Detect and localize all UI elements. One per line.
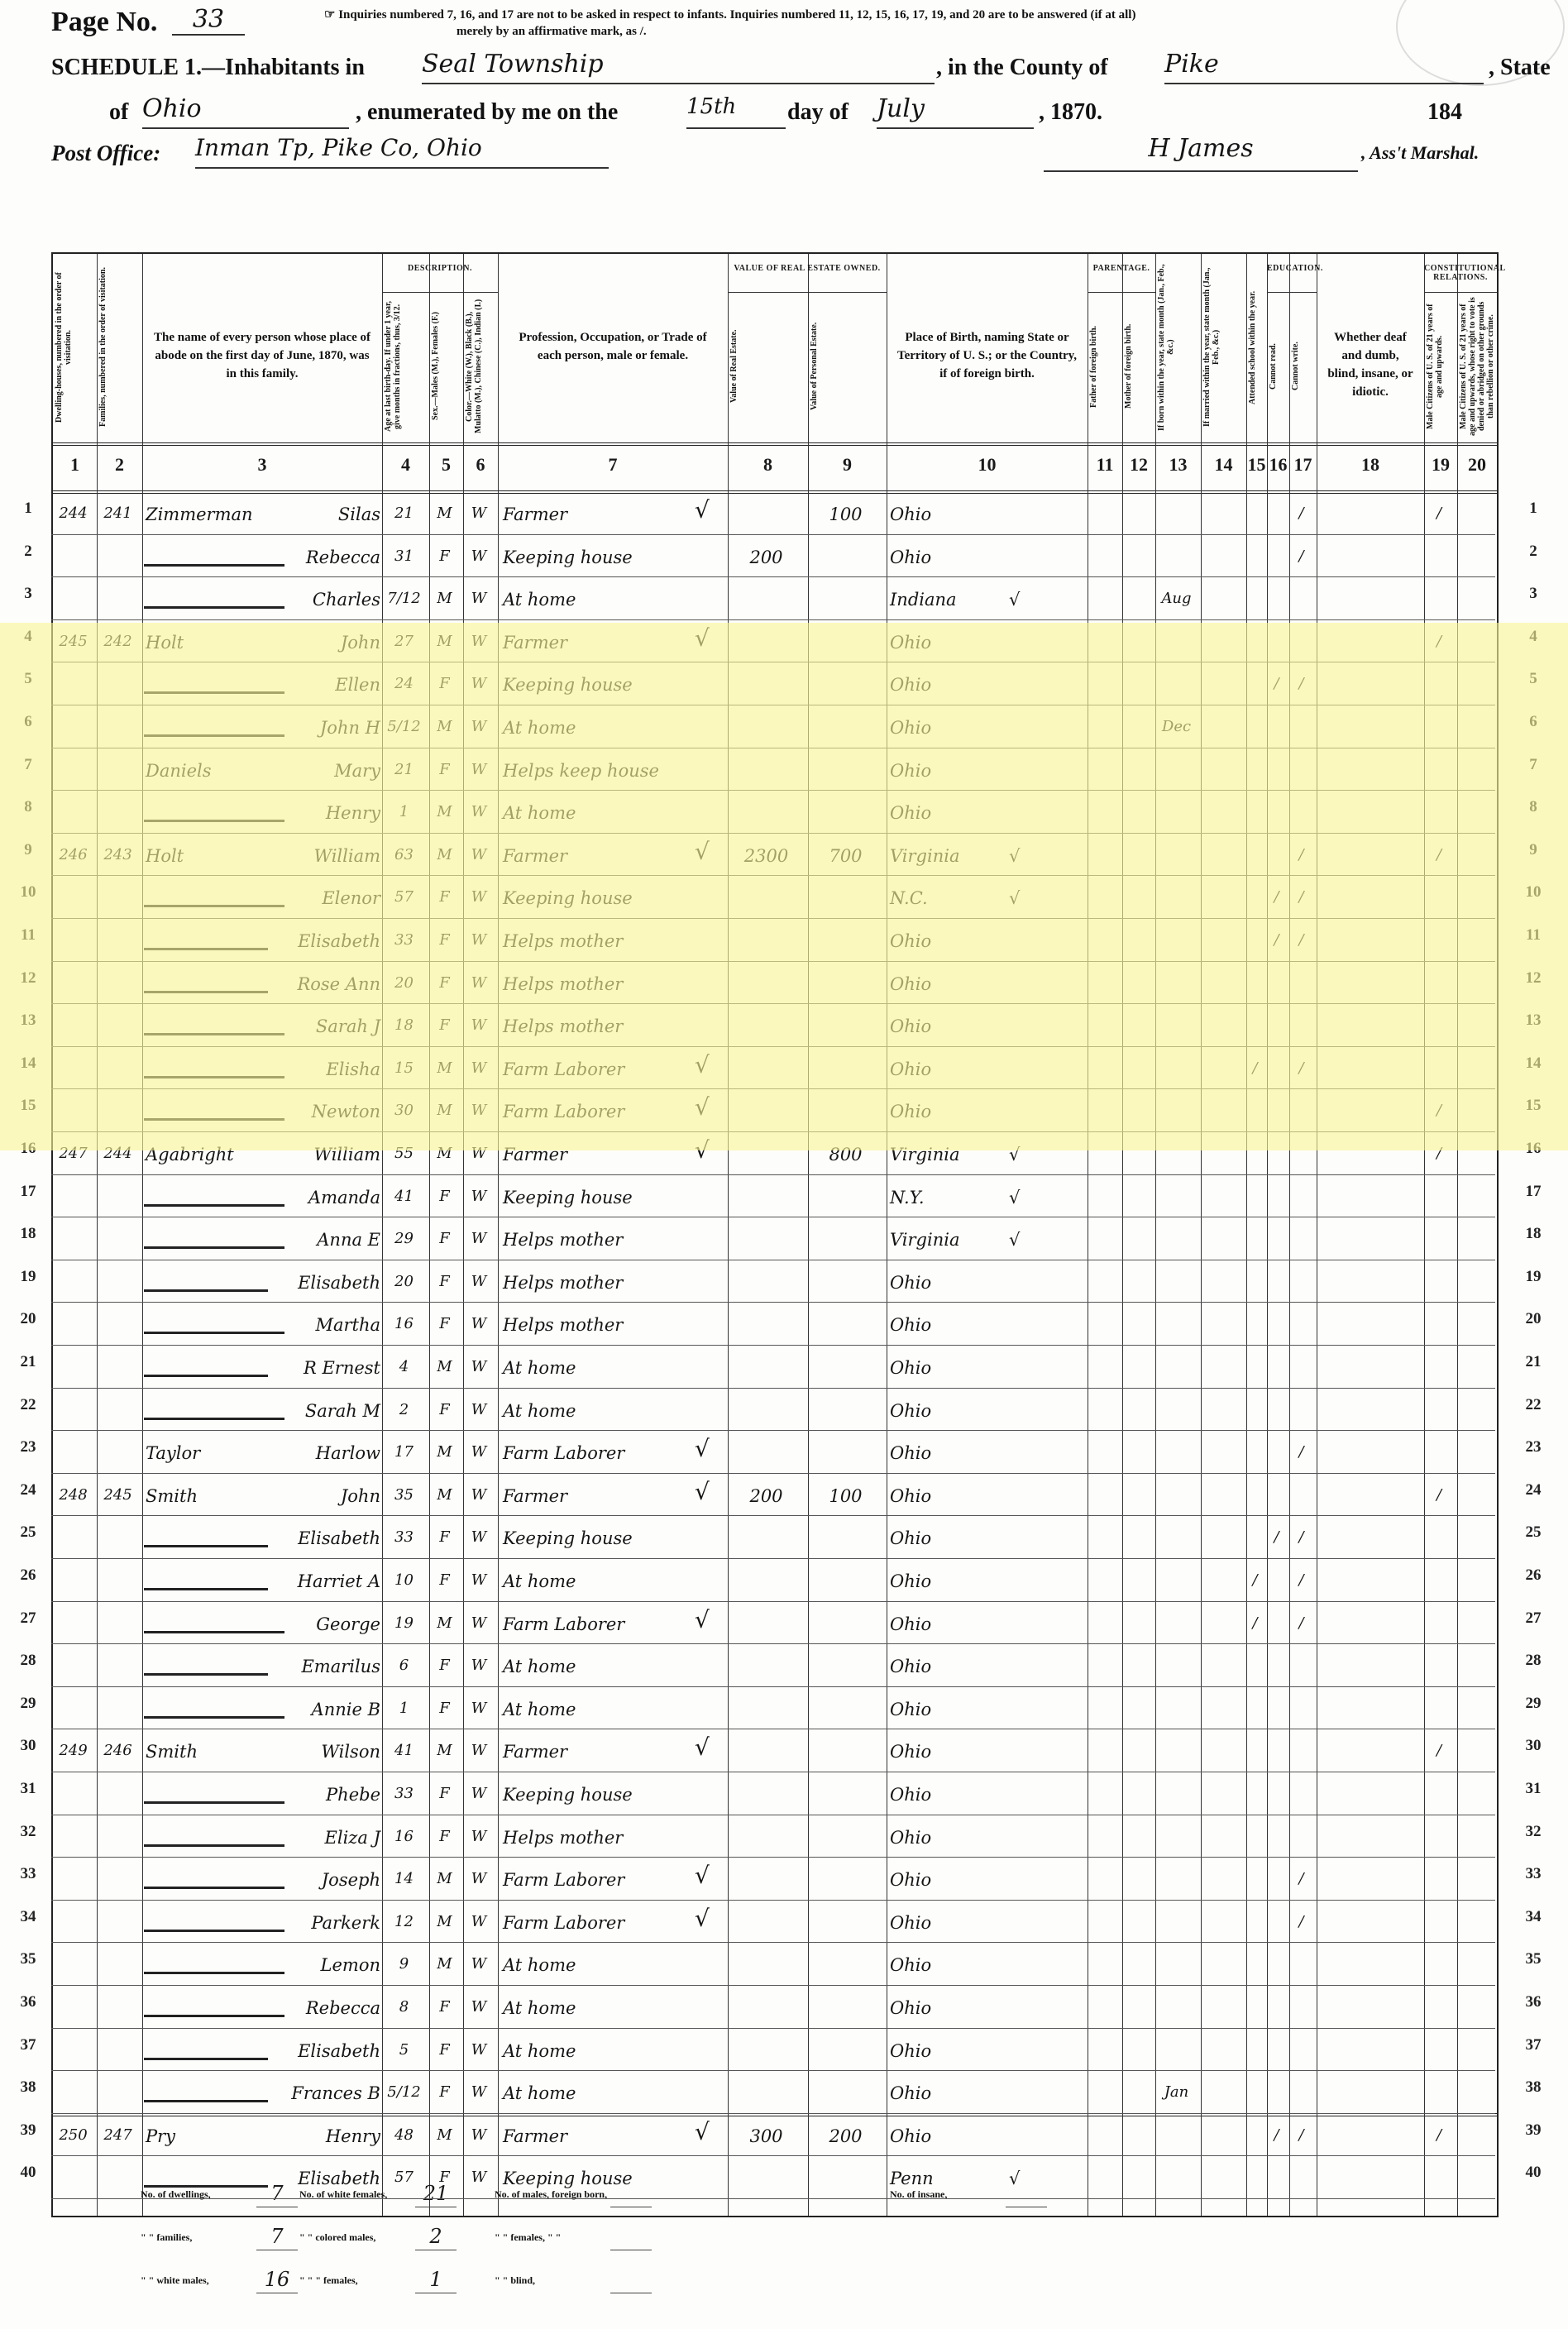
dwelling-number: 246 (53, 846, 93, 871)
birth-month (1155, 1188, 1198, 1212)
row-rule (51, 1217, 1495, 1217)
summary-value-families: 7 (256, 2225, 298, 2250)
dwelling-number (53, 1443, 93, 1468)
line-number-left: 25 (12, 1523, 45, 1542)
cannot-read-mark: / (1267, 2126, 1286, 2151)
line-number-left: 5 (12, 670, 45, 688)
personal-estate-value (808, 1785, 883, 1810)
citizen-mark (1424, 1870, 1454, 1895)
row-rule (51, 875, 1495, 876)
personal-estate-value (808, 1913, 883, 1938)
marriage-month (1201, 2083, 1243, 2108)
cannot-write-mark (1289, 1742, 1313, 1767)
occupation-checkmark (695, 1265, 719, 1289)
personal-estate-value (808, 633, 883, 658)
cannot-write-mark: / (1289, 1913, 1313, 1938)
birthplace: Ohio (890, 1828, 1014, 1853)
cannot-write-mark (1289, 1315, 1313, 1340)
group-header-constitutional: Constitutional Relations. (1424, 264, 1497, 282)
column-number-12: 12 (1122, 454, 1155, 476)
occupation-checkmark: √ (695, 838, 719, 863)
family-number (97, 1059, 139, 1084)
citizen-mark: / (1424, 846, 1454, 871)
cannot-read-mark (1267, 1657, 1286, 1681)
denied-vote-mark (1457, 974, 1494, 999)
row-rule (51, 1729, 1495, 1729)
cannot-write-mark (1289, 1401, 1313, 1426)
sex: M (429, 633, 460, 658)
row-rule (51, 1900, 1495, 1901)
color: W (463, 1230, 495, 1255)
marriage-month (1201, 1315, 1243, 1340)
citizen-mark (1424, 675, 1454, 700)
row-rule (51, 1174, 1495, 1175)
cannot-write-mark (1289, 803, 1313, 828)
marriage-month (1201, 1742, 1243, 1767)
line-number-left: 2 (12, 543, 45, 561)
birthplace: Ohio (890, 1059, 1014, 1084)
personal-estate-value (808, 1742, 883, 1767)
cannot-write-mark (1289, 718, 1313, 743)
citizen-mark (1424, 888, 1454, 913)
sex: F (429, 548, 460, 572)
dwelling-number (53, 1913, 93, 1938)
month-field: July (877, 94, 1034, 129)
birthplace-checkmark (1009, 1870, 1034, 1895)
birthplace: Ohio (890, 1016, 1014, 1041)
real-estate-value (728, 633, 805, 658)
age: 15 (382, 1059, 426, 1084)
given-name: Rebecca (265, 1998, 380, 2023)
birthplace: Ohio (890, 1273, 1014, 1298)
cannot-write-mark: / (1289, 1870, 1313, 1895)
given-name: John H (265, 718, 380, 743)
sex: M (429, 1059, 460, 1084)
line-number-left: 20 (12, 1310, 45, 1328)
column-header-9: Value of Personal Estate. (810, 297, 885, 436)
sex: F (429, 1998, 460, 2023)
citizen-mark (1424, 1273, 1454, 1298)
row-rule (51, 576, 1495, 577)
age: 57 (382, 2169, 426, 2193)
cannot-write-mark (1289, 1016, 1313, 1041)
line-number-right: 21 (1517, 1353, 1550, 1371)
cannot-write-mark: / (1289, 2126, 1313, 2151)
occupation-checkmark (695, 1777, 719, 1801)
occupation-checkmark (695, 753, 719, 777)
dwelling-number: 247 (53, 1145, 93, 1169)
birthplace-checkmark (1009, 1742, 1034, 1767)
occupation: Farmer (503, 1145, 693, 1169)
cannot-write-mark: / (1289, 1614, 1313, 1639)
attended-school-mark (1246, 2169, 1264, 2193)
line-number-left: 17 (12, 1183, 45, 1201)
given-name: R Ernest (265, 1358, 380, 1383)
personal-estate-value (808, 1102, 883, 1126)
birthplace: Ohio (890, 1528, 1014, 1553)
marriage-month (1201, 1614, 1243, 1639)
color: W (463, 548, 495, 572)
dwelling-number (53, 1571, 93, 1596)
birthplace: Ohio (890, 1443, 1014, 1468)
personal-estate-value (808, 1401, 883, 1426)
occupation: Farm Laborer (503, 1870, 693, 1895)
birthplace-checkmark: √ (1009, 590, 1034, 615)
real-estate-value (728, 1016, 805, 1041)
row-rule (51, 705, 1495, 705)
birth-month (1155, 1913, 1198, 1938)
cannot-write-mark: / (1289, 1571, 1313, 1596)
given-name: Ellen (265, 675, 380, 700)
column-header-18: Whether deaf and dumb, blind, insane, or… (1327, 328, 1414, 401)
color: W (463, 675, 495, 700)
real-estate-value (728, 1102, 805, 1126)
birthplace: Indiana (890, 590, 1014, 615)
occupation: Farm Laborer (503, 1443, 693, 1468)
cannot-write-mark (1289, 2041, 1313, 2066)
marriage-month (1201, 761, 1243, 786)
table-row: 151530MW/NewtonFarm Laborer√Ohio (0, 1090, 1568, 1133)
color: W (463, 633, 495, 658)
citizen-mark (1424, 761, 1454, 786)
denied-vote-mark (1457, 1742, 1494, 1767)
cannot-read-mark: / (1267, 1528, 1286, 1553)
color: W (463, 1273, 495, 1298)
dwelling-number (53, 1528, 93, 1553)
given-name: John (265, 1486, 380, 1511)
marriage-month (1201, 1870, 1243, 1895)
line-number-right: 27 (1517, 1609, 1550, 1628)
color: W (463, 2083, 495, 2108)
birthplace-checkmark (1009, 1315, 1034, 1340)
dwelling-number: 245 (53, 633, 93, 658)
given-name: Lemon (265, 1955, 380, 1980)
line-number-left: 11 (12, 926, 45, 945)
dwelling-number (53, 1273, 93, 1298)
personal-estate-value (808, 718, 883, 743)
age: 21 (382, 505, 426, 529)
color: W (463, 1913, 495, 1938)
real-estate-value (728, 888, 805, 913)
table-row: 191920FWElisabethHelps motherOhio (0, 1261, 1568, 1304)
family-number (97, 974, 139, 999)
color: W (463, 1571, 495, 1596)
row-rule (51, 1686, 1495, 1687)
family-number: 242 (97, 633, 139, 658)
sex: M (429, 846, 460, 871)
personal-estate-value (808, 1571, 883, 1596)
sex: M (429, 803, 460, 828)
attended-school-mark (1246, 974, 1264, 999)
real-estate-value (728, 1188, 805, 1212)
birthplace: N.C. (890, 888, 1014, 913)
birth-month (1155, 2126, 1198, 2151)
birthplace: Virginia (890, 846, 1014, 871)
color: W (463, 1443, 495, 1468)
birthplace-checkmark (1009, 974, 1034, 999)
birth-month: Aug (1155, 590, 1198, 615)
real-estate-value (728, 1358, 805, 1383)
birth-month (1155, 675, 1198, 700)
dwelling-number (53, 1358, 93, 1383)
occupation: At home (503, 2083, 693, 2108)
of-label: of (109, 99, 128, 126)
occupation: Keeping house (503, 1188, 693, 1212)
age: 14 (382, 1870, 426, 1895)
denied-vote-mark (1457, 1059, 1494, 1084)
row-rule (51, 961, 1495, 962)
birthplace-checkmark (1009, 931, 1034, 956)
cannot-write-mark (1289, 2083, 1313, 2108)
dwelling-number (53, 2083, 93, 2108)
denied-vote-mark (1457, 931, 1494, 956)
denied-vote-mark (1457, 1870, 1494, 1895)
occupation: Helps mother (503, 1016, 693, 1041)
birthplace-checkmark: √ (1009, 2169, 1034, 2193)
sex: F (429, 1571, 460, 1596)
marriage-month (1201, 1657, 1243, 1681)
denied-vote-mark (1457, 1443, 1494, 1468)
dwelling-number (53, 1657, 93, 1681)
cannot-read-mark (1267, 1913, 1286, 1938)
color: W (463, 1657, 495, 1681)
occupation: Keeping house (503, 1528, 693, 1553)
real-estate-value (728, 2083, 805, 2108)
column-number-3: 3 (142, 454, 382, 476)
attended-school-mark (1246, 1828, 1264, 1853)
sex: F (429, 888, 460, 913)
denied-vote-mark (1457, 633, 1494, 658)
column-number-16: 16 (1267, 454, 1289, 476)
occupation-checkmark (695, 1947, 719, 1972)
given-name: Frances B (265, 2083, 380, 2108)
table-row: 28286FWEmarilusAt homeOhio (0, 1645, 1568, 1688)
column-header-1: Dwelling-houses, numbered in the order o… (55, 259, 95, 436)
birth-month (1155, 1657, 1198, 1681)
dwelling-number (53, 675, 93, 700)
personal-estate-value: 200 (808, 2126, 883, 2151)
line-number-right: 14 (1517, 1055, 1550, 1073)
given-name: Rose Ann (265, 974, 380, 999)
birthplace: Ohio (890, 548, 1014, 572)
attended-school-mark (1246, 718, 1264, 743)
family-number: 246 (97, 1742, 139, 1767)
column-number-6: 6 (463, 454, 498, 476)
family-number: 241 (97, 505, 139, 529)
occupation: At home (503, 1998, 693, 2023)
occupation-checkmark: √ (695, 1435, 719, 1460)
birthplace: Ohio (890, 931, 1014, 956)
cannot-read-mark (1267, 1273, 1286, 1298)
cannot-write-mark: / (1289, 931, 1313, 956)
sex: M (429, 1742, 460, 1767)
ditto-surname-mark (144, 820, 284, 822)
occupation: Farm Laborer (503, 1913, 693, 1938)
line-number-right: 16 (1517, 1140, 1550, 1158)
denied-vote-mark (1457, 590, 1494, 615)
cannot-read-mark (1267, 590, 1286, 615)
line-number-right: 31 (1517, 1780, 1550, 1798)
line-number-right: 10 (1517, 883, 1550, 901)
column-number-20: 20 (1457, 454, 1497, 476)
birthplace-checkmark (1009, 1102, 1034, 1126)
age: 29 (382, 1230, 426, 1255)
marriage-month (1201, 1358, 1243, 1383)
citizen-mark (1424, 2169, 1454, 2193)
birthplace-checkmark (1009, 505, 1034, 529)
birth-month (1155, 1102, 1198, 1126)
occupation-checkmark (695, 1691, 719, 1716)
birthplace: Ohio (890, 633, 1014, 658)
marriage-month (1201, 1785, 1243, 1810)
occupation-checkmark (695, 581, 719, 606)
given-name: Sarah J (265, 1016, 380, 1041)
row-rule (51, 1558, 1495, 1559)
occupation-checkmark (695, 1563, 719, 1588)
birthplace-checkmark (1009, 761, 1034, 786)
occupation-checkmark: √ (695, 1905, 719, 1930)
family-number (97, 1785, 139, 1810)
family-number (97, 1614, 139, 1639)
sex: F (429, 1528, 460, 1553)
citizen-mark (1424, 974, 1454, 999)
cannot-read-mark (1267, 1955, 1286, 1980)
sex: M (429, 1486, 460, 1511)
surname: Agabright (146, 1145, 261, 1169)
personal-estate-value (808, 1443, 883, 1468)
sex: M (429, 1145, 460, 1169)
line-number-right: 39 (1517, 2121, 1550, 2140)
cannot-write-mark (1289, 1700, 1313, 1724)
color: W (463, 1016, 495, 1041)
color: W (463, 1828, 495, 1853)
dwelling-number (53, 1102, 93, 1126)
denied-vote-mark (1457, 675, 1494, 700)
age: 33 (382, 1785, 426, 1810)
cannot-read-mark (1267, 1016, 1286, 1041)
attended-school-mark (1246, 633, 1264, 658)
occupation: Keeping house (503, 2169, 693, 2193)
birth-month (1155, 1486, 1198, 1511)
real-estate-value (728, 931, 805, 956)
table-row: 343412MW/ParkerkFarm Laborer√Ohio (0, 1901, 1568, 1944)
denied-vote-mark (1457, 1145, 1494, 1169)
birthplace-checkmark (1009, 1571, 1034, 1596)
schedule-label: SCHEDULE 1.—Inhabitants in (51, 55, 365, 81)
birth-month (1155, 974, 1198, 999)
line-number-right: 2 (1517, 543, 1550, 561)
line-number-right: 7 (1517, 756, 1550, 774)
age: 35 (382, 1486, 426, 1511)
family-number (97, 1401, 139, 1426)
row-rule (51, 2028, 1495, 2029)
line-number-left: 36 (12, 1993, 45, 2011)
line-number-left: 32 (12, 1823, 45, 1841)
ditto-surname-mark (144, 1033, 284, 1035)
marriage-month (1201, 590, 1243, 615)
column-header-13: If born within the year, state month (Ja… (1157, 259, 1199, 436)
table-row: 393925024748MW300200///PryHenryFarmer√Oh… (0, 2115, 1568, 2158)
line-number-left: 26 (12, 1566, 45, 1585)
ditto-surname-mark (144, 1930, 284, 1932)
given-name: Elisabeth (265, 1273, 380, 1298)
citizen-mark (1424, 1657, 1454, 1681)
birthplace-checkmark (1009, 1401, 1034, 1426)
row-rule (51, 1260, 1495, 1260)
occupation-checkmark (695, 795, 719, 820)
occupation-checkmark: √ (695, 1606, 719, 1631)
column-number-9: 9 (808, 454, 887, 476)
birth-month (1155, 1016, 1198, 1041)
row-rule (51, 1088, 1495, 1089)
given-name: Anna E (265, 1230, 380, 1255)
birth-month (1155, 803, 1198, 828)
birthplace: Ohio (890, 2041, 1014, 2066)
column-number-10: 10 (887, 454, 1088, 476)
attended-school-mark (1246, 1230, 1264, 1255)
birthplace-checkmark (1009, 1998, 1034, 2023)
birthplace-checkmark (1009, 2083, 1034, 2108)
real-estate-value (728, 1571, 805, 1596)
cannot-write-mark: / (1289, 1528, 1313, 1553)
cannot-read-mark (1267, 633, 1286, 658)
cannot-write-mark: / (1289, 1059, 1313, 1084)
citizen-mark (1424, 1955, 1454, 1980)
ditto-surname-mark (144, 691, 284, 694)
dwelling-number (53, 1998, 93, 2023)
family-number (97, 1315, 139, 1340)
denied-vote-mark (1457, 1700, 1494, 1724)
personal-estate-value (808, 931, 883, 956)
birthplace-checkmark (1009, 1700, 1034, 1724)
denied-vote-mark (1457, 1358, 1494, 1383)
birthplace: Ohio (890, 1358, 1014, 1383)
denied-vote-mark (1457, 761, 1494, 786)
given-name: Sarah M (265, 1401, 380, 1426)
attended-school-mark (1246, 1870, 1264, 1895)
denied-vote-mark (1457, 1188, 1494, 1212)
cannot-read-mark (1267, 1230, 1286, 1255)
marriage-month (1201, 1273, 1243, 1298)
column-number-17: 17 (1289, 454, 1317, 476)
given-name: William (265, 1145, 380, 1169)
notice-icon: ☞ (324, 8, 338, 22)
given-name: Elisabeth (265, 2041, 380, 2066)
dwelling-number (53, 1016, 93, 1041)
marriage-month (1201, 718, 1243, 743)
surname: Holt (146, 846, 261, 871)
cannot-read-mark (1267, 1102, 1286, 1126)
occupation-checkmark (695, 2160, 719, 2185)
table-row: 881MWHenryAt homeOhio (0, 791, 1568, 835)
real-estate-value (728, 590, 805, 615)
birthplace-checkmark (1009, 548, 1034, 572)
attended-school-mark (1246, 1785, 1264, 1810)
cannot-write-mark: / (1289, 548, 1313, 572)
color: W (463, 1059, 495, 1084)
dwelling-number (53, 1188, 93, 1212)
occupation: At home (503, 1700, 693, 1724)
summary-label-families: " " families, (141, 2231, 192, 2244)
line-number-left: 8 (12, 798, 45, 816)
cannot-read-mark: / (1267, 931, 1286, 956)
cannot-read-mark (1267, 1828, 1286, 1853)
denied-vote-mark (1457, 1273, 1494, 1298)
line-number-left: 21 (12, 1353, 45, 1371)
table-row: 121220FWRose AnnHelps motherOhio (0, 963, 1568, 1006)
birth-month (1155, 1955, 1198, 1980)
age: 9 (382, 1955, 426, 1980)
